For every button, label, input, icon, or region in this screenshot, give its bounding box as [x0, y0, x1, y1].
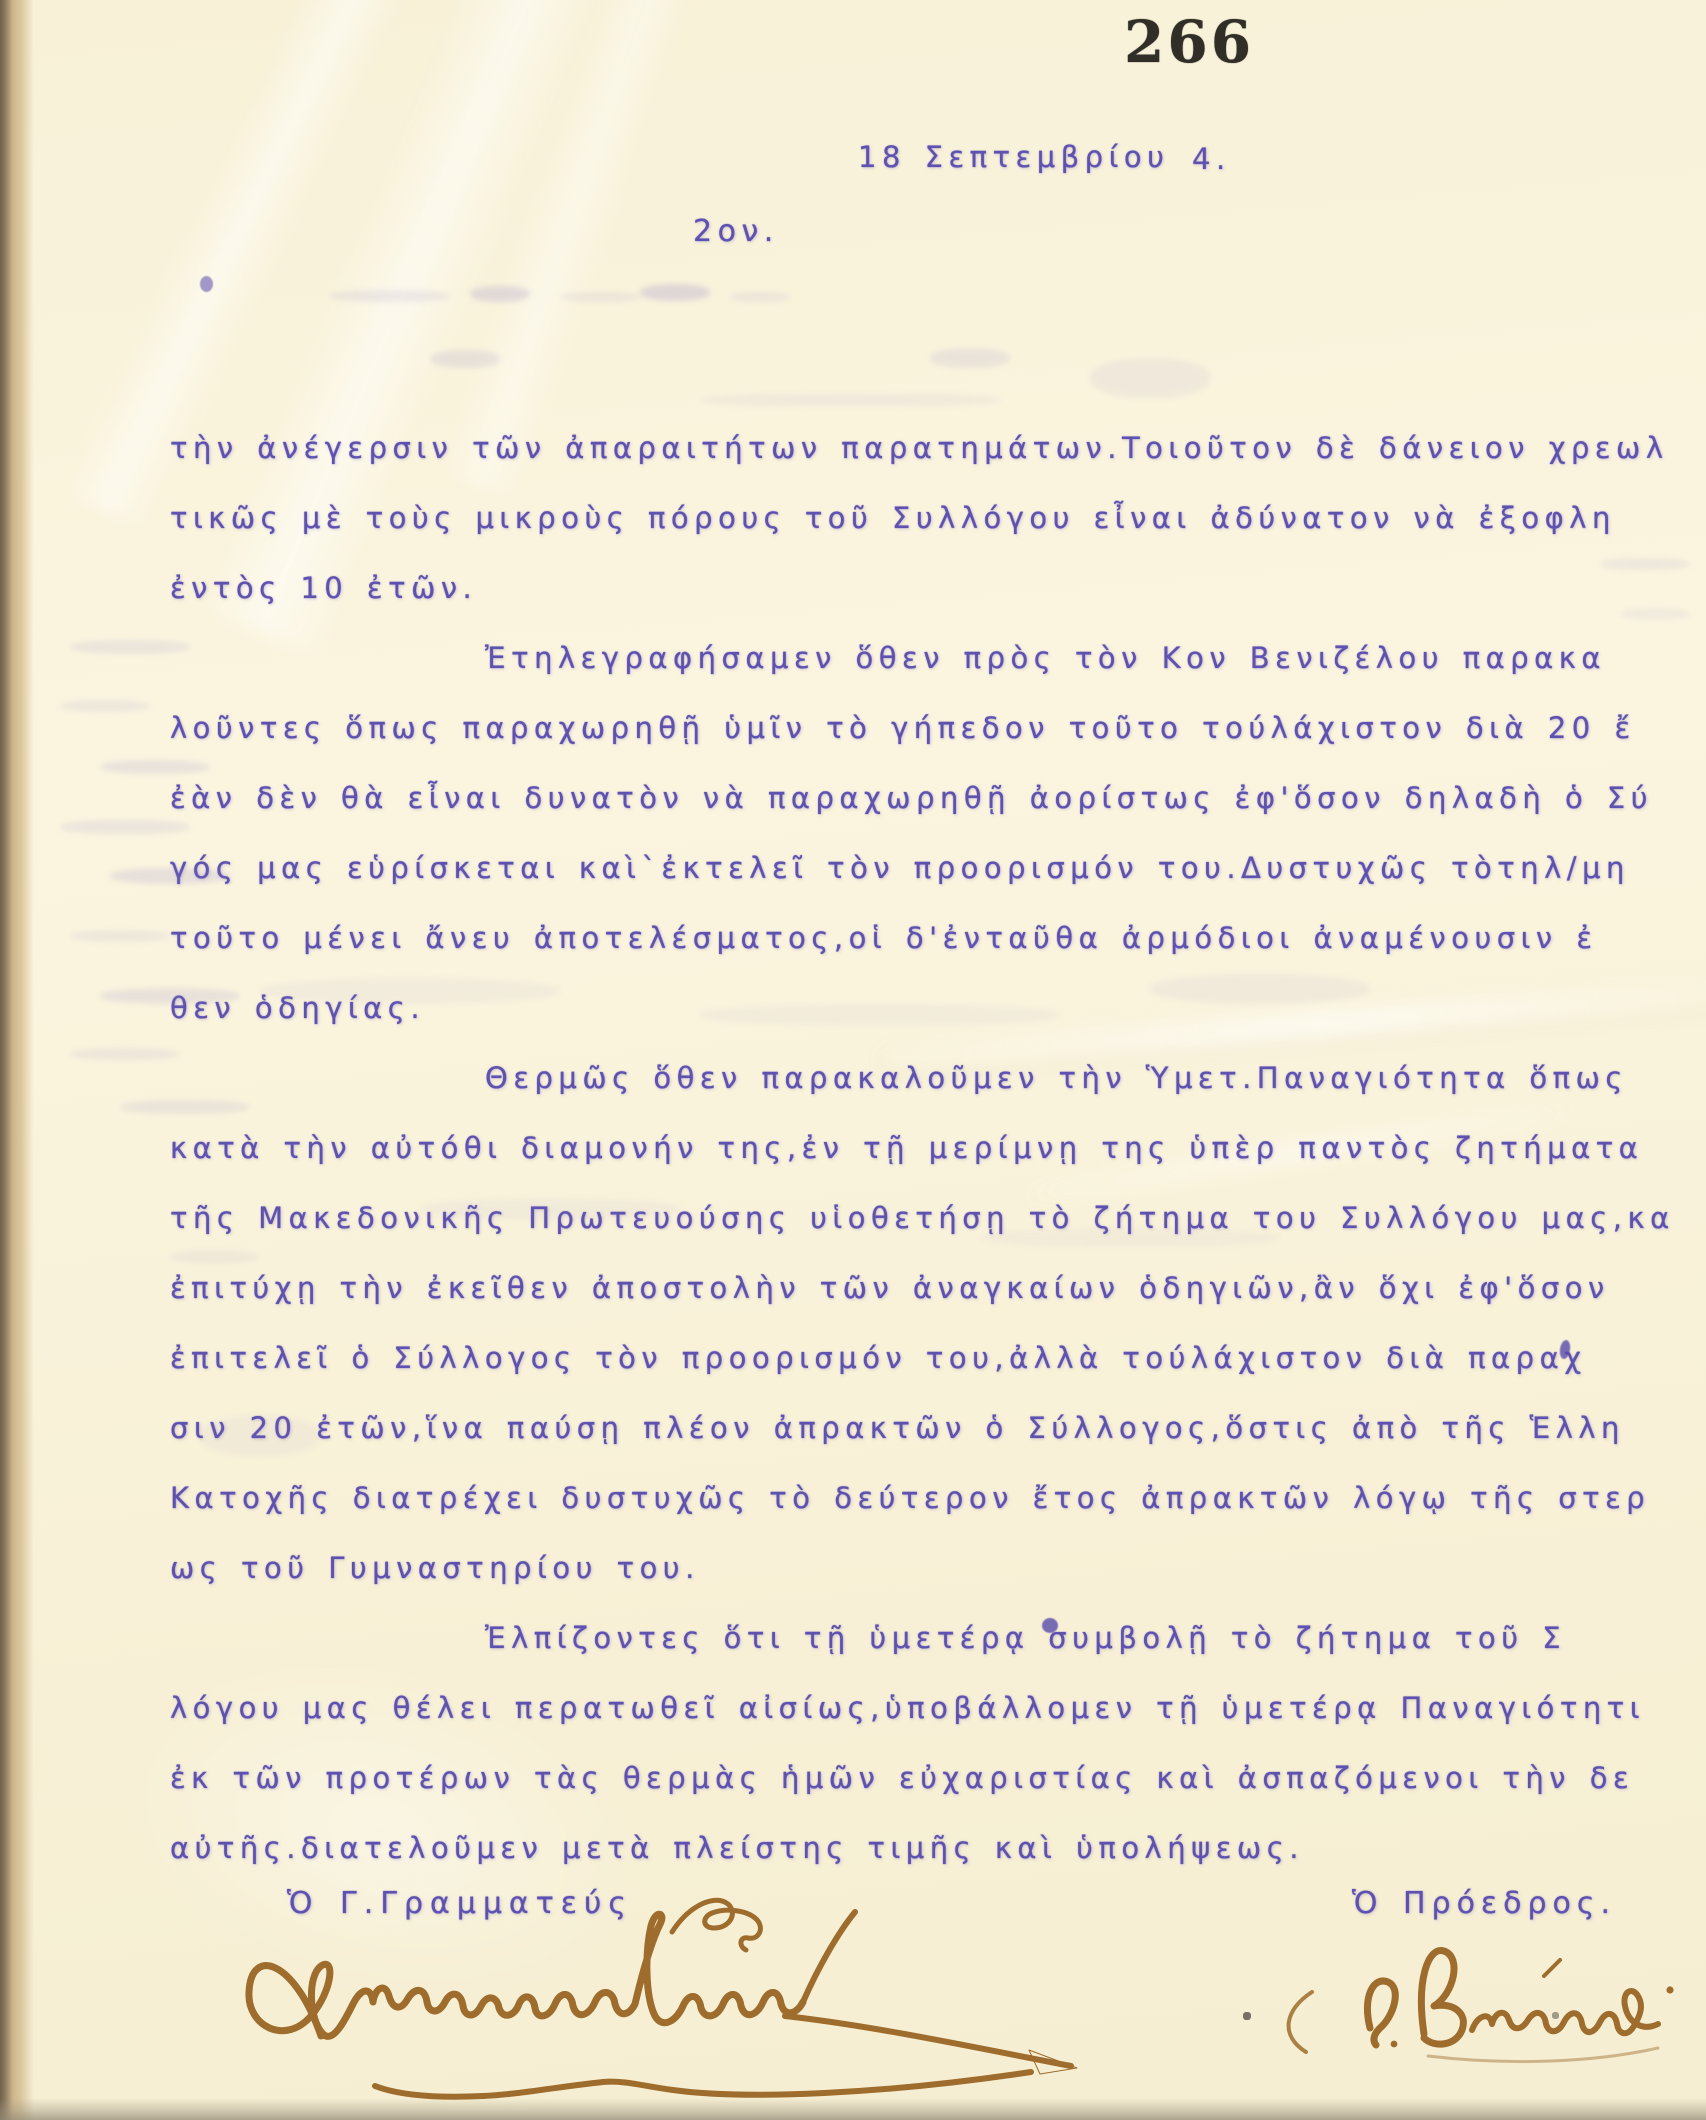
bleed-through-mark: [100, 760, 210, 774]
body-line: Ἐτηλεγραφήσαμεν ὅθεν πρὸς τὸν Κον Βενιζέ…: [170, 623, 1706, 693]
bleed-through-mark: [100, 988, 240, 1004]
body-line: λοῦντες ὅπως παραχωρηθῇ ὑμῖν τὸ γήπεδον …: [170, 693, 1706, 763]
bleed-through-mark: [60, 700, 150, 712]
bleed-through-mark: [730, 292, 790, 302]
body-line: σιν 20 ἐτῶν,ἵνα παύσῃ πλέον ἀπρακτῶν ὁ Σ…: [170, 1393, 1706, 1463]
body-line: ἐκ τῶν προτέρων τὰς θερμὰς ἡμῶν εὐχαριστ…: [170, 1743, 1706, 1813]
section-heading: 2ον.: [693, 214, 779, 249]
body-line: γός μας εὑρίσκεται καὶ`ἐκτελεῖ τὸν προορ…: [170, 833, 1706, 903]
letter-page: 266 18 Σεπτεμβρίου 4. 2ον. τὴν ἀνέγερσιν…: [0, 0, 1706, 2120]
body-line: τικῶς μὲ τοὺς μικροὺς πόρους τοῦ Συλλόγο…: [170, 483, 1706, 553]
body-line: ως τοῦ Γυμναστηρίου του.: [170, 1533, 1706, 1603]
bleed-through-mark: [170, 1250, 260, 1264]
bleed-through-mark: [1600, 558, 1690, 570]
body-line: λόγου μας θέλει περατωθεῖ αἰσίως,ὑποβάλλ…: [170, 1673, 1706, 1743]
president-title: Ὁ Πρόεδρος.: [1352, 1886, 1616, 1921]
ink-blot: [1042, 1618, 1058, 1633]
body-line: ἐντὸς 10 ἐτῶν.: [170, 553, 1706, 623]
bleed-through-mark: [930, 348, 1010, 368]
bleed-through-mark: [420, 1198, 680, 1220]
bleed-through-mark: [640, 284, 710, 301]
bleed-through-mark: [70, 640, 190, 654]
date-month: 18 Σεπτεμβρίου: [858, 140, 1169, 174]
body-line: Θερμῶς ὅθεν παρακαλοῦμεν τὴν Ὑμετ.Παναγι…: [170, 1043, 1706, 1113]
body-line: τῆς Μακεδονικῆς Πρωτευούσης υἱοθετήσῃ τὸ…: [170, 1183, 1706, 1253]
archive-number-stamp: 266: [1124, 8, 1254, 76]
body-line: κατὰ τὴν αὐτόθι διαμονήν της,ἐν τῇ μερίμ…: [170, 1113, 1706, 1183]
bleed-through-mark: [70, 1048, 180, 1060]
bleed-through-mark: [700, 1004, 1060, 1026]
body-line: ἐπιτύχῃ τὴν ἐκεῖθεν ἀποστολὴν τῶν ἀναγκα…: [170, 1253, 1706, 1323]
secretary-signature: [225, 1908, 1105, 2108]
bleed-through-mark: [1620, 608, 1690, 620]
bleed-through-mark: [60, 820, 190, 834]
body-line: τοῦτο μένει ἄνευ ἀποτελέσματος,οἱ δ'ἐντα…: [170, 903, 1706, 973]
president-signature-bracket: [1270, 1986, 1326, 2060]
bleed-through-mark: [1090, 358, 1210, 398]
bleed-through-mark: [110, 868, 230, 884]
bleed-through-mark: [980, 1228, 1280, 1248]
bleed-through-mark: [260, 978, 560, 1004]
bleed-through-mark: [470, 286, 530, 302]
body-line: Ἐλπίζοντες ὅτι τῇ ὑμετέρᾳ συμβολῇ τὸ ζήτ…: [170, 1603, 1706, 1673]
bleed-through-mark: [1150, 974, 1370, 1004]
page-left-edge: [0, 0, 34, 2120]
president-signature: [1332, 1932, 1682, 2072]
date-number: 4.: [1192, 142, 1231, 176]
bleed-through-mark: [70, 930, 170, 942]
bleed-through-mark: [700, 393, 1000, 407]
ink-speck: [1243, 2012, 1251, 2020]
ink-blot: [200, 276, 213, 292]
body-line: τὴν ἀνέγερσιν τῶν ἀπαραιτήτων παρατημάτω…: [170, 413, 1706, 483]
letter-body: τὴν ἀνέγερσιν τῶν ἀπαραιτήτων παρατημάτω…: [170, 413, 1706, 1883]
bleed-through-mark: [430, 350, 500, 368]
body-line: αὐτῆς.διατελοῦμεν μετὰ πλείστης τιμῆς κα…: [170, 1813, 1706, 1883]
bleed-through-mark: [560, 292, 640, 302]
bleed-through-mark: [120, 1100, 250, 1114]
body-line: ἐὰν δὲν θὰ εἶναι δυνατὸν νὰ παραχωρηθῇ ἀ…: [170, 763, 1706, 833]
ink-speck: [1552, 2012, 1559, 2019]
body-line: Κατοχῆς διατρέχει δυστυχῶς τὸ δεύτερον ἔ…: [170, 1463, 1706, 1533]
bleed-through-mark: [330, 290, 450, 302]
body-line: ἐπιτελεῖ ὁ Σύλλογος τὸν προορισμόν του,ἀ…: [170, 1323, 1706, 1393]
bleed-through-mark: [200, 1416, 320, 1456]
